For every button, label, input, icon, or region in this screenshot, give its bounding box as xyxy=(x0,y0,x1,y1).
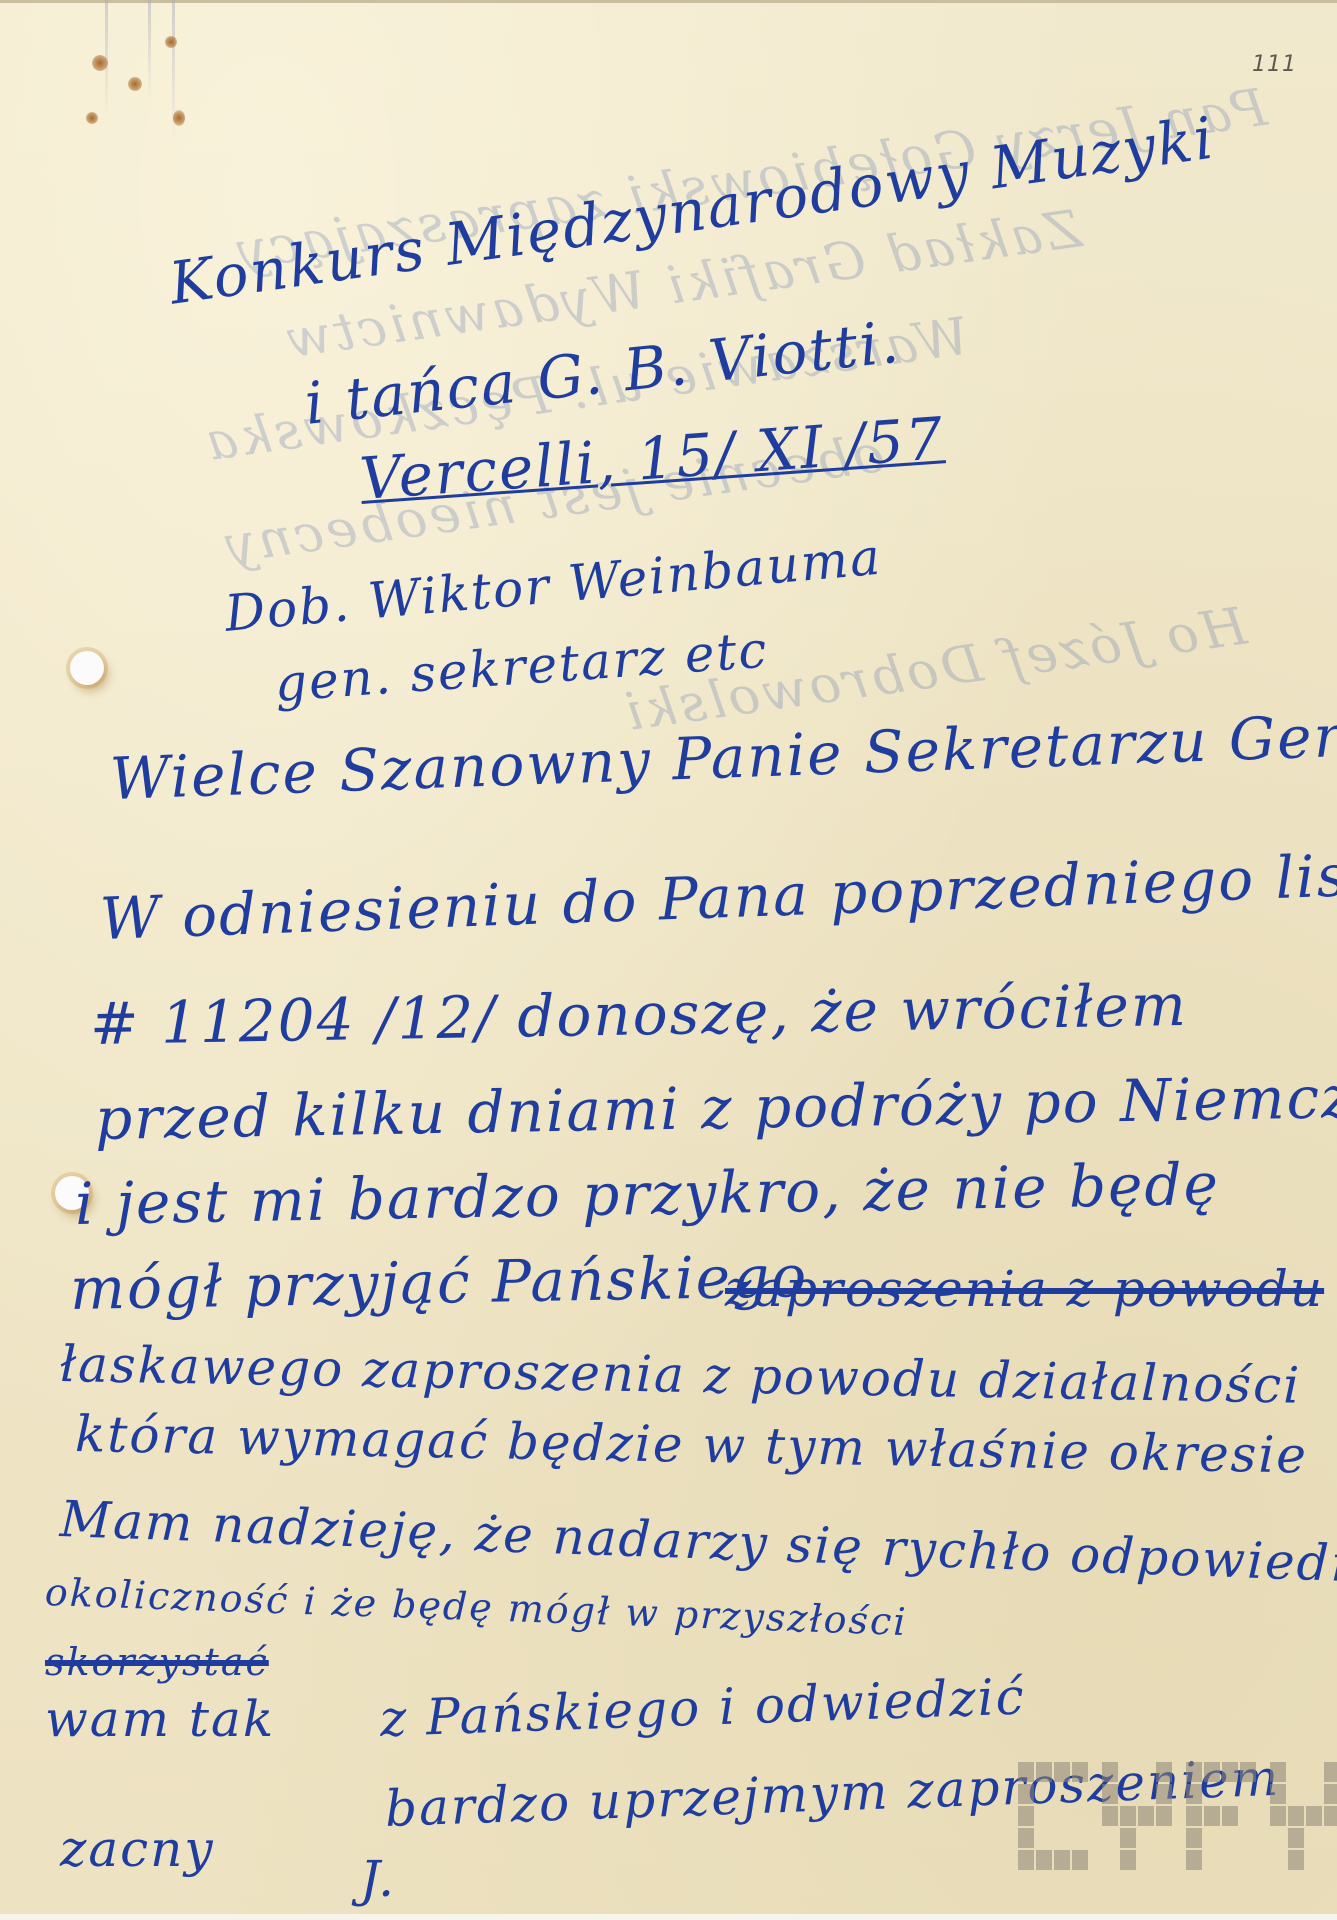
watermark-letter-y xyxy=(1270,1762,1337,1870)
watermark-letter-c xyxy=(1018,1762,1088,1870)
body-line: przed kilku dniami z podróży po Niemczec… xyxy=(94,1061,1337,1153)
rust-spot xyxy=(86,112,98,124)
crossed-out-text: zaproszenia z powodu xyxy=(725,1260,1324,1318)
page-number: 111 xyxy=(1252,52,1297,77)
body-line: która wymagać będzie w tym właśnie okres… xyxy=(74,1405,1308,1485)
watermark-logo: CYFYL xyxy=(1018,1762,1337,1870)
body-line: okoliczność i że będę mógł w przyszłości xyxy=(44,1570,908,1644)
body-margin-note: wam tak xyxy=(45,1690,275,1748)
punch-hole xyxy=(70,651,104,685)
body-line: łaskawego zaproszenia z powodu działalno… xyxy=(59,1335,1301,1415)
watermark-letter-y xyxy=(1102,1762,1172,1870)
paper-bottom-edge xyxy=(0,1914,1337,1920)
body-line: mógł przyjąć Pańskiego xyxy=(69,1242,808,1323)
rust-spot xyxy=(92,55,108,71)
crossed-out-text: skorzystać xyxy=(45,1640,269,1684)
body-line: i jest mi bardzo przykro, że nie będę xyxy=(74,1150,1220,1238)
signature-mark: J. xyxy=(360,1850,396,1908)
scanned-letter-page: 111 Pan Jerzy Gołębiowski zapraszający Z… xyxy=(0,0,1337,1920)
rust-spot xyxy=(173,110,185,126)
rust-spot xyxy=(128,77,142,91)
watermark-letter-f xyxy=(1186,1762,1256,1870)
body-line: # 11204 /12/ donoszę, że wróciłem xyxy=(89,971,1188,1058)
body-line: z Pańskiego i odwiedzić xyxy=(379,1667,1027,1748)
water-drip-stain xyxy=(148,0,151,100)
body-line: W odniesieniu do Pana poprzedniego listu xyxy=(99,839,1337,953)
paper-top-edge xyxy=(0,0,1337,3)
closing-word: zacny xyxy=(60,1820,215,1878)
rust-spot xyxy=(165,36,177,48)
